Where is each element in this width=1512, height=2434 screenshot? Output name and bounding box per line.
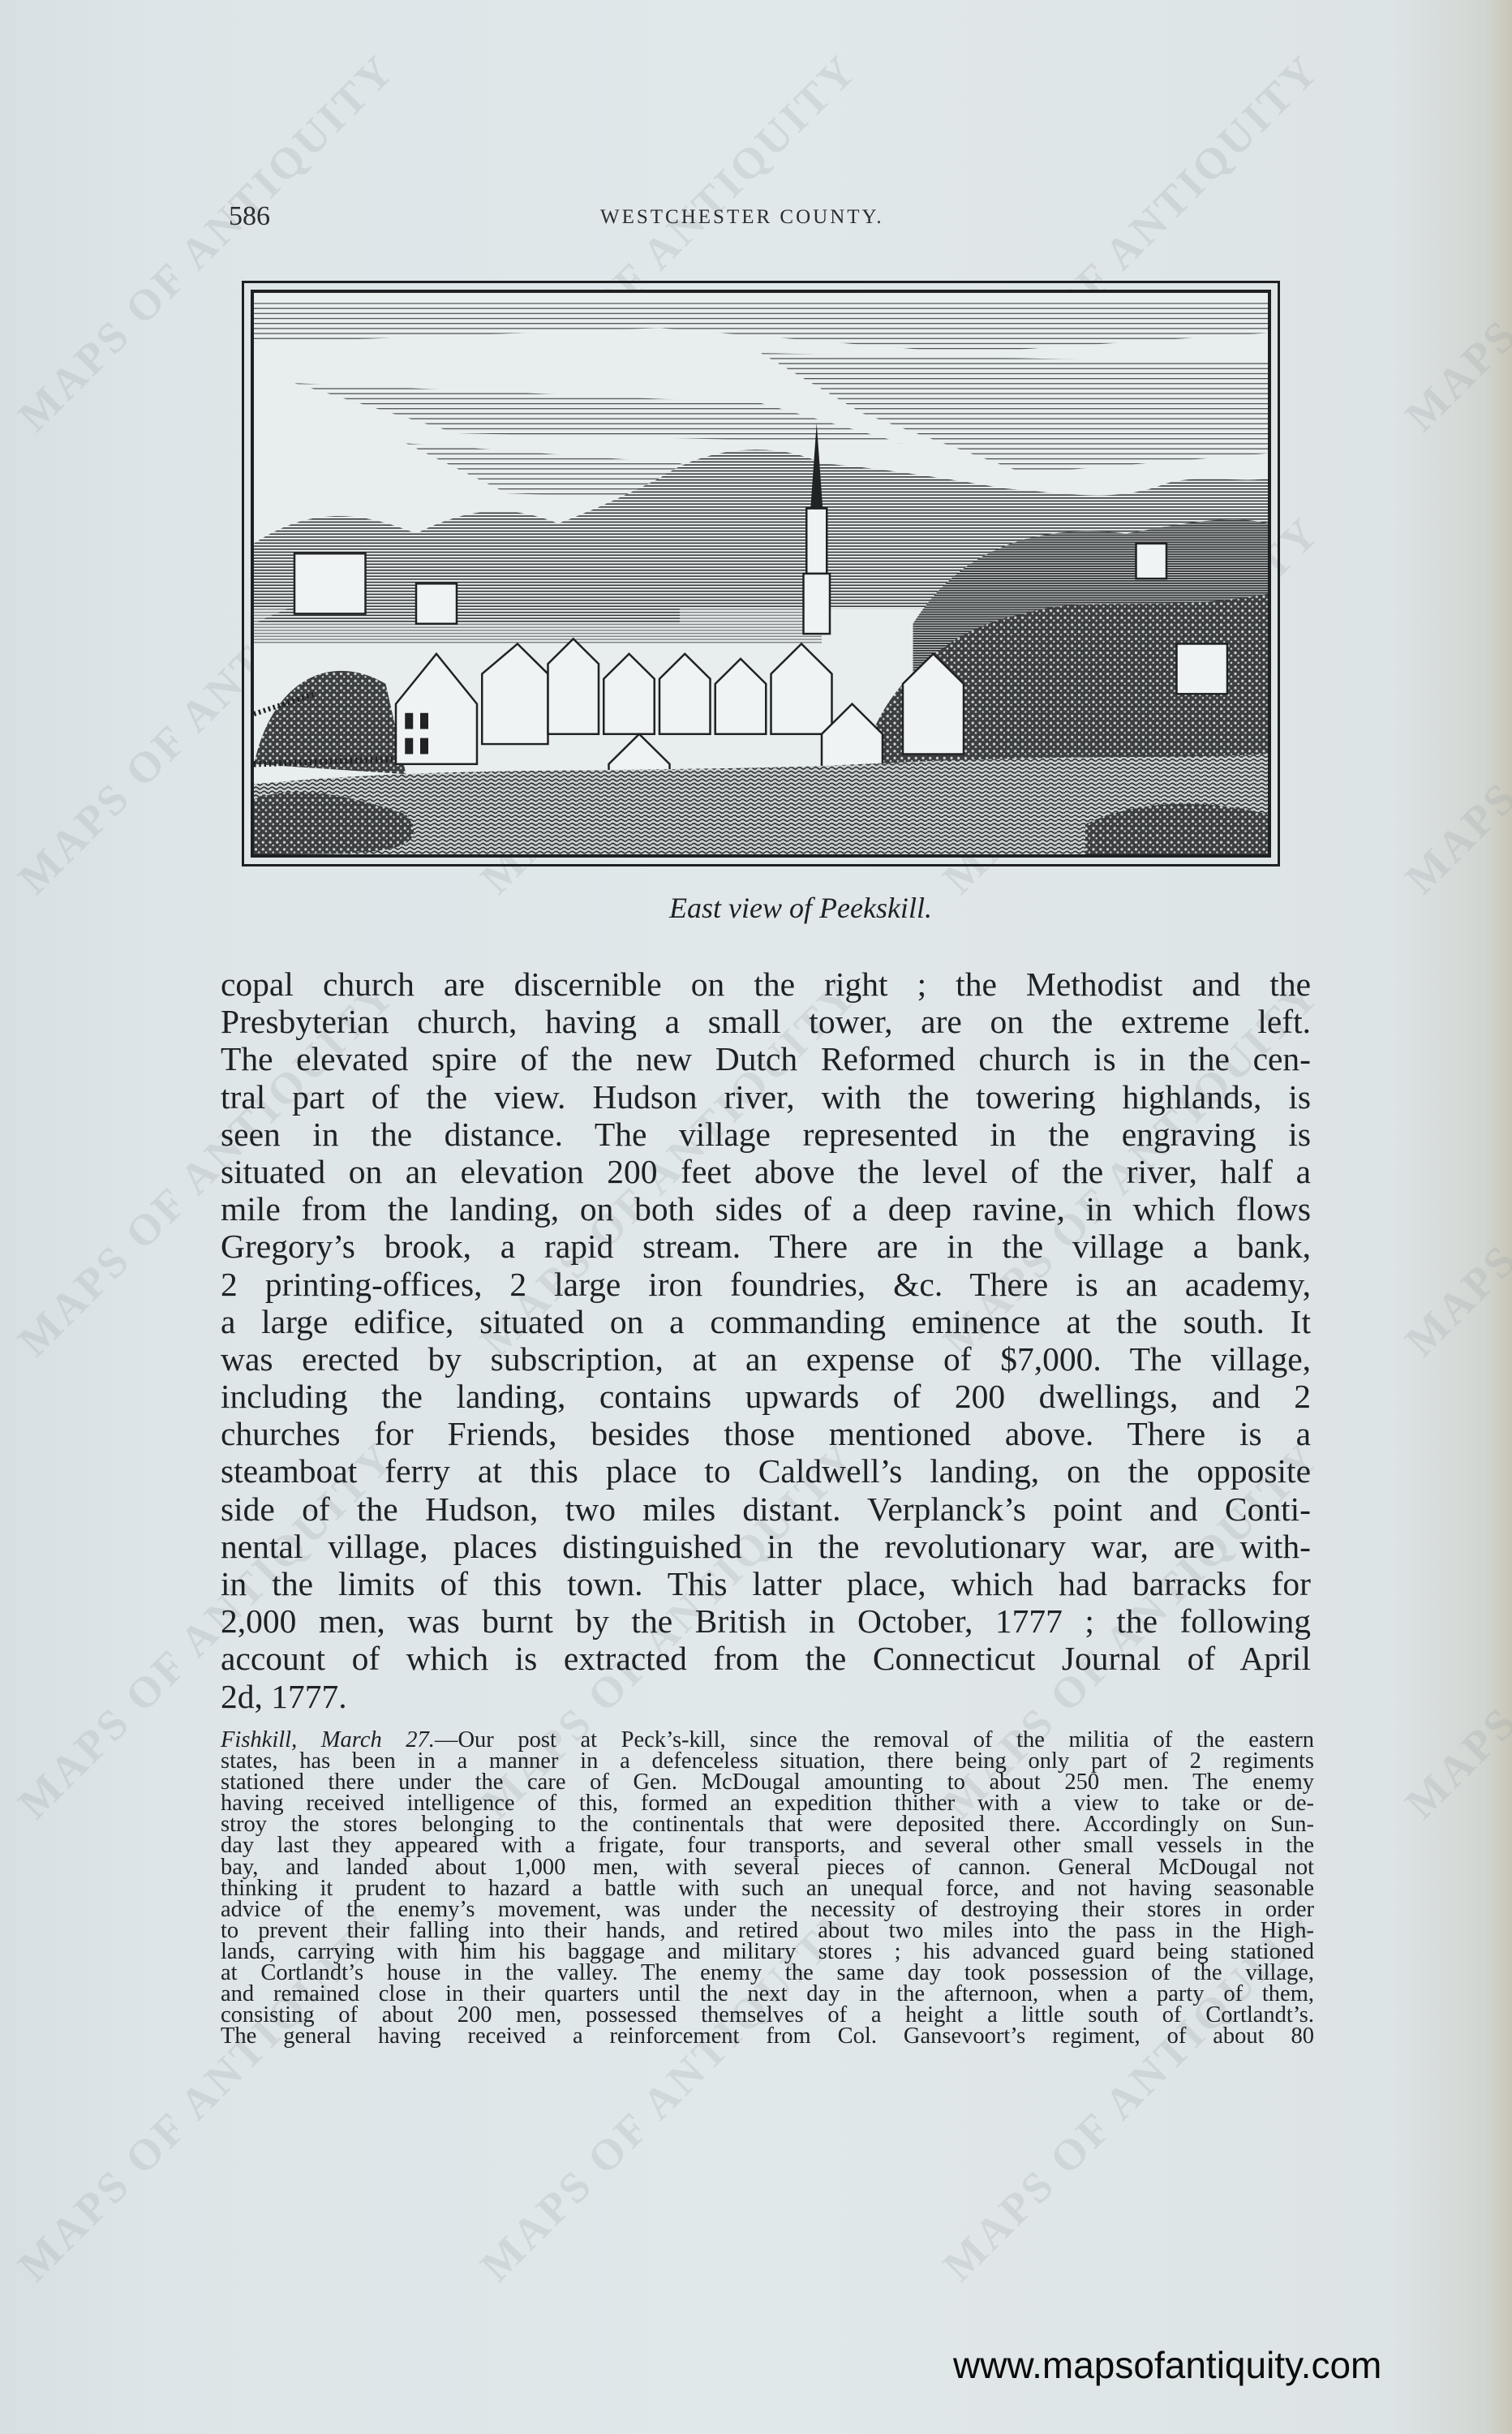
text-line: mile from the landing, on both sides of …	[221, 1190, 1311, 1228]
extract-line: day last they appeared with a frigate, f…	[221, 1835, 1314, 1856]
text-line: side of the Hudson, two miles distant. V…	[221, 1490, 1311, 1528]
page-number: 586	[229, 201, 270, 232]
text-line: copal church are discernible on the righ…	[221, 965, 1311, 1003]
engraving-frame	[242, 281, 1280, 867]
extract-line: bay, and landed about 1,000 men, with se…	[221, 1857, 1314, 1878]
site-url-watermark: www.mapsofantiquity.com	[953, 2343, 1381, 2387]
text-line: account of which is extracted from the C…	[221, 1640, 1311, 1677]
text-line: Presbyterian church, having a small towe…	[221, 1003, 1311, 1040]
illustration-caption: East view of Peekskill.	[0, 891, 1512, 925]
extract-line: thinking it prudent to hazard a battle w…	[221, 1878, 1314, 1899]
watermark-text: MAPS OF ANTIQUITY	[1395, 1431, 1512, 1828]
village-engraving-image	[254, 293, 1268, 854]
extract-line: The general having received a reinforcem…	[221, 2026, 1314, 2047]
watermark-text: MAPS OF ANTIQUITY	[1395, 969, 1512, 1365]
text-line: steamboat ferry at this place to Caldwel…	[221, 1452, 1311, 1490]
extract-line: advice of the enemy’s movement, was unde…	[221, 1899, 1314, 1920]
text-line: 2,000 men, was burnt by the British in O…	[221, 1602, 1311, 1640]
text-line: 2d, 1777.	[221, 1678, 1311, 1715]
watermark-text: MAPS OF ANTIQUITY	[1395, 44, 1512, 441]
text-line: situated on an elevation 200 feet above …	[221, 1153, 1311, 1190]
text-line: The elevated spire of the new Dutch Refo…	[221, 1040, 1311, 1077]
body-paragraph: copal church are discernible on the righ…	[221, 965, 1311, 1715]
text-line: nental village, places distinguished in …	[221, 1528, 1311, 1565]
watermark-text: MAPS OF ANTIQUITY	[1395, 506, 1512, 903]
text-line: in the limits of this town. This latter …	[221, 1565, 1311, 1602]
caption-text: East view of Peekskill.	[669, 892, 932, 924]
text-line: including the landing, contains upwards …	[221, 1378, 1311, 1415]
text-line: tral part of the view. Hudson river, wit…	[221, 1078, 1311, 1116]
text-line: churches for Friends, besides those ment…	[221, 1415, 1311, 1452]
text-line: was erected by subscription, at an expen…	[221, 1340, 1311, 1378]
running-title: WESTCHESTER COUNTY.	[600, 206, 884, 229]
text-line: a large edifice, situated on a commandin…	[221, 1303, 1311, 1340]
journal-extract: Fishkill, March 27.—Our post at Peck’s-k…	[221, 1730, 1314, 2047]
text-line: seen in the distance. The village repres…	[221, 1116, 1311, 1153]
text-line: Gregory’s brook, a rapid stream. There a…	[221, 1228, 1311, 1265]
engraving-illustration	[251, 290, 1271, 858]
running-head: 586 WESTCHESTER COUNTY.	[0, 201, 1512, 234]
text-line: 2 printing-offices, 2 large iron foundri…	[221, 1266, 1311, 1303]
